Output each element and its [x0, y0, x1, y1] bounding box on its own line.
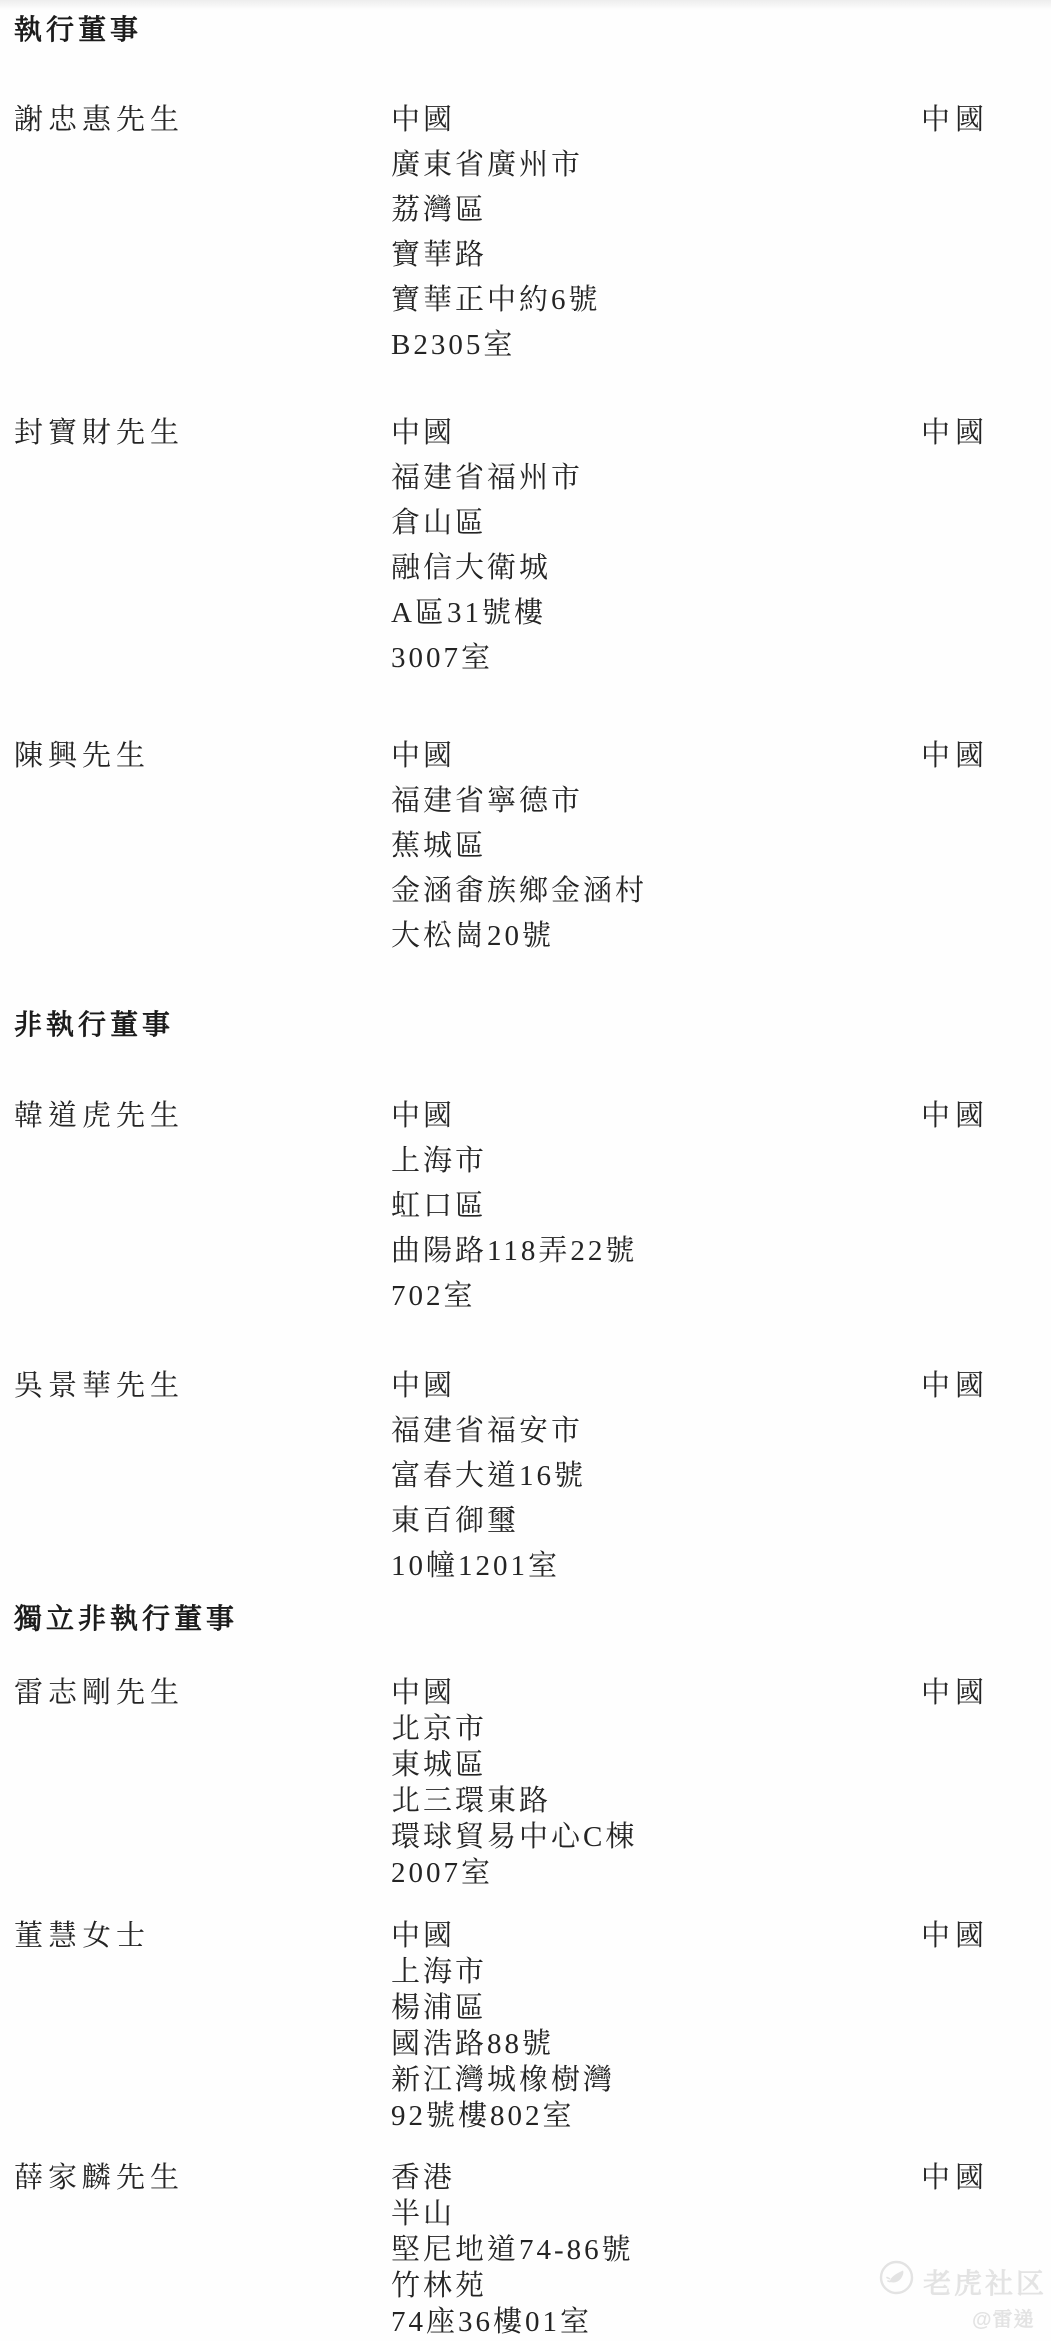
- director-address: 中國 福建省福安市 富春大道16號 東百御璽 10幢1201室: [391, 1370, 586, 1595]
- director-address: 中國 福建省福州市 倉山區 融信大衛城 A區31號樓 3007室: [391, 417, 583, 687]
- address-line: 702室: [391, 1280, 637, 1325]
- director-nationality: 中國: [921, 2162, 989, 2195]
- address-line: 上海市: [391, 1145, 637, 1190]
- address-line: B2305室: [391, 329, 601, 374]
- address-line: 福建省福安市: [391, 1415, 586, 1460]
- director-name: 韓道虎先生: [14, 1100, 184, 1133]
- director-address: 中國 上海市 楊浦區 國浩路88號 新江灣城橡樹灣 92號樓802室: [391, 1920, 615, 2136]
- address-line: 中國: [391, 1370, 586, 1415]
- director-nationality: 中國: [921, 1370, 989, 1403]
- top-edge-shade: [0, 0, 1051, 10]
- address-line: 東百御璽: [391, 1505, 586, 1550]
- address-line: A區31號樓: [391, 597, 583, 642]
- section-title-non-executive-directors: 非執行董事: [14, 1008, 174, 1041]
- address-line: 3007室: [391, 642, 583, 687]
- address-line: 中國: [391, 1677, 637, 1713]
- address-line: 東城區: [391, 1749, 637, 1785]
- address-line: 中國: [391, 1920, 615, 1956]
- director-address: 中國 上海市 虹口區 曲陽路118弄22號 702室: [391, 1100, 637, 1325]
- director-nationality: 中國: [921, 104, 989, 137]
- director-name: 陳興先生: [14, 740, 150, 773]
- address-line: 福建省寧德市: [391, 785, 647, 830]
- address-line: 環球貿易中心C棟: [391, 1821, 637, 1857]
- address-line: 楊浦區: [391, 1992, 615, 2028]
- address-line: 香港: [391, 2162, 634, 2198]
- section-title-independent-non-executive-directors: 獨立非執行董事: [14, 1602, 238, 1635]
- address-line: 國浩路88號: [391, 2028, 615, 2064]
- director-name: 董慧女士: [14, 1920, 150, 1953]
- address-line: 寶華路: [391, 239, 601, 284]
- address-line: 北三環東路: [391, 1785, 637, 1821]
- address-line: 中國: [391, 417, 583, 462]
- address-line: 中國: [391, 740, 647, 785]
- address-line: 半山: [391, 2198, 634, 2234]
- address-line: 上海市: [391, 1956, 615, 1992]
- address-line: 蕉城區: [391, 830, 647, 875]
- director-address: 香港 半山 堅尼地道74-86號 竹林苑 74座36樓01室: [391, 2162, 634, 2341]
- address-line: 廣東省廣州市: [391, 149, 601, 194]
- tiger-logo-icon: [879, 2260, 914, 2295]
- address-line: 北京市: [391, 1713, 637, 1749]
- director-name: 吳景華先生: [14, 1370, 184, 1403]
- address-line: 中國: [391, 1100, 637, 1145]
- watermark-author: @雷递: [972, 2303, 1035, 2332]
- address-line: 大松崗20號: [391, 920, 647, 965]
- director-address: 中國 福建省寧德市 蕉城區 金涵畬族鄉金涵村 大松崗20號: [391, 740, 647, 965]
- director-name: 雷志剛先生: [14, 1677, 184, 1710]
- watermark-brand: 老虎社区: [923, 2262, 1047, 2302]
- address-line: 中國: [391, 104, 601, 149]
- address-line: 新江灣城橡樹灣: [391, 2064, 615, 2100]
- directors-page: 執行董事 謝忠惠先生 中國 廣東省廣州市 荔灣區 寶華路 寶華正中約6號 B23…: [0, 0, 1051, 2341]
- address-line: 融信大衛城: [391, 552, 583, 597]
- address-line: 虹口區: [391, 1190, 637, 1235]
- address-line: 74座36樓01室: [391, 2306, 634, 2341]
- director-address: 中國 北京市 東城區 北三環東路 環球貿易中心C棟 2007室: [391, 1677, 637, 1893]
- director-name: 封寶財先生: [14, 417, 184, 450]
- address-line: 荔灣區: [391, 194, 601, 239]
- address-line: 92號樓802室: [391, 2100, 615, 2136]
- address-line: 寶華正中約6號: [391, 284, 601, 329]
- director-address: 中國 廣東省廣州市 荔灣區 寶華路 寶華正中約6號 B2305室: [391, 104, 601, 374]
- director-name: 謝忠惠先生: [14, 104, 184, 137]
- address-line: 2007室: [391, 1857, 637, 1893]
- director-nationality: 中國: [921, 1100, 989, 1133]
- director-nationality: 中國: [921, 1677, 989, 1710]
- address-line: 富春大道16號: [391, 1460, 586, 1505]
- director-name: 薛家麟先生: [14, 2162, 184, 2195]
- address-line: 堅尼地道74-86號: [391, 2234, 634, 2270]
- section-title-executive-directors: 執行董事: [14, 13, 142, 46]
- address-line: 10幢1201室: [391, 1550, 586, 1595]
- address-line: 曲陽路118弄22號: [391, 1235, 637, 1280]
- director-nationality: 中國: [921, 417, 989, 450]
- address-line: 倉山區: [391, 507, 583, 552]
- address-line: 金涵畬族鄉金涵村: [391, 875, 647, 920]
- address-line: 福建省福州市: [391, 462, 583, 507]
- director-nationality: 中國: [921, 740, 989, 773]
- address-line: 竹林苑: [391, 2270, 634, 2306]
- director-nationality: 中國: [921, 1920, 989, 1953]
